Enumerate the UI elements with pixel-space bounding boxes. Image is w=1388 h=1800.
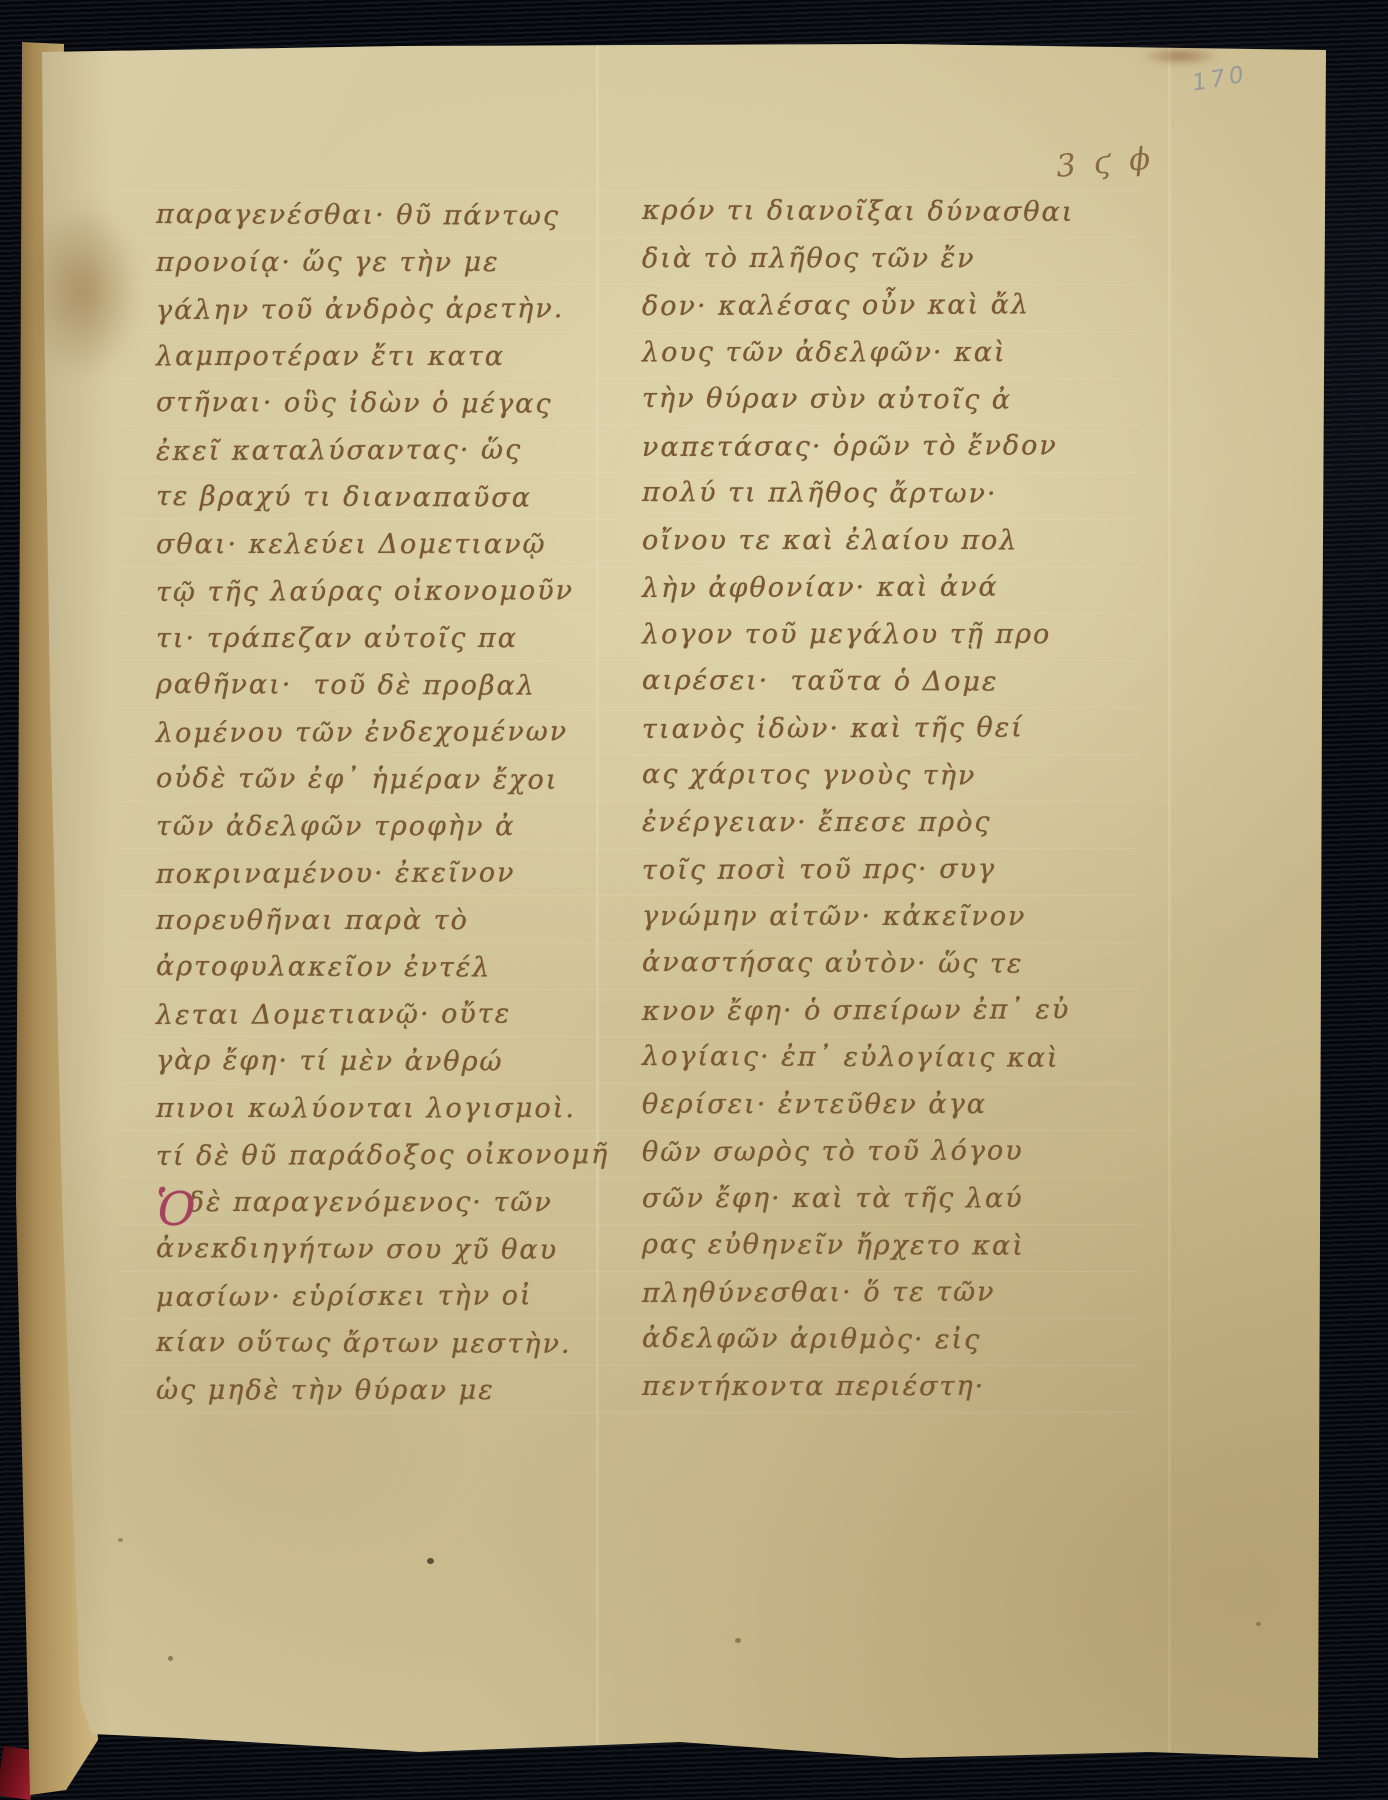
text-line: οὐδὲ τῶν ἐφ᾽ ἡμέραν ἔχοι xyxy=(156,755,626,804)
text-line: μασίων· εὑρίσκει τὴν οἰ xyxy=(156,1272,626,1321)
text-line: τί δὲ θῦ παράδοξος οἰκονομῆ xyxy=(156,1131,626,1180)
text-line: τῶν ἀδελφῶν τροφὴν ἀ xyxy=(156,803,626,850)
text-line: παραγενέσθαι· θῦ πάντως xyxy=(156,191,626,240)
text-line: ἀρτοφυλακεῖον ἐντέλ xyxy=(156,943,626,992)
text-line: ρας εὐθηνεῖν ἤρχετο καὶ xyxy=(642,1221,1122,1270)
text-line: προνοίᾳ· ὥς γε τὴν με xyxy=(156,239,626,286)
rubric-initial: Ὁ xyxy=(156,1186,196,1232)
text-line: τοῖς ποσὶ τοῦ πρς· συγ xyxy=(642,845,1122,894)
text-line: πορευθῆναι παρὰ τὸ xyxy=(156,897,626,944)
text-line: τε βραχύ τι διαναπαῦσα xyxy=(156,473,626,522)
text-line: λεται Δομετιανῷ· οὔτε xyxy=(156,990,626,1039)
text-line: λομένου τῶν ἐνδεχομένων xyxy=(156,708,626,757)
text-line: σῶν ἔφη· καὶ τὰ τῆς λαύ xyxy=(642,1175,1122,1222)
text-line: τῷ τῆς λαύρας οἰκονομοῦν xyxy=(156,567,626,616)
text-line: οἴνου τε καὶ ἐλαίου πολ xyxy=(642,517,1122,564)
text-line: λους τῶν ἀδελφῶν· καὶ xyxy=(642,329,1122,376)
text-line: κρόν τι διανοῖξαι δύνασθαι xyxy=(642,187,1122,236)
text-line: ποκριναμένου· ἐκεῖνον xyxy=(156,849,626,898)
top-edge-stain xyxy=(1140,46,1220,66)
text-line: κίαν οὕτως ἄρτων μεστὴν. xyxy=(156,1319,626,1368)
text-line: πληθύνεσθαι· ὅ τε τῶν xyxy=(642,1268,1122,1317)
text-line: ναπετάσας· ὁρῶν τὸ ἔνδον xyxy=(642,422,1122,471)
ink-speck xyxy=(735,1638,741,1643)
text-line: πεντήκοντα περιέστη· xyxy=(642,1363,1122,1410)
text-line: γνώμην αἰτῶν· κἀκεῖνον xyxy=(642,893,1122,940)
text-line: λογίαις· ἐπ᾽ εὐλογίαις καὶ xyxy=(642,1033,1122,1082)
text-line: δὲ παραγενόμενος· τῶν xyxy=(156,1179,626,1226)
text-line: ραθῆναι· τοῦ δὲ προβαλ xyxy=(156,661,626,710)
text-line: ὡς μηδὲ τὴν θύραν με xyxy=(156,1367,626,1414)
text-line: λαμπροτέραν ἔτι κατα xyxy=(156,333,626,380)
text-line: σθαι· κελεύει Δομετιανῷ xyxy=(156,521,626,568)
text-line: ἐκεῖ καταλύσαντας· ὥς xyxy=(156,426,626,475)
text-line: ἀνεκδιηγήτων σου χῦ θαυ xyxy=(156,1225,626,1274)
ink-speck xyxy=(1256,1622,1261,1626)
text-line: στῆναι· οὓς ἰδὼν ὁ μέγας xyxy=(156,379,626,428)
text-line: θῶν σωρὸς τὸ τοῦ λόγου xyxy=(642,1127,1122,1176)
text-line: γάλην τοῦ ἀνδρὸς ἀρετὴν. xyxy=(156,285,626,334)
text-line: κνον ἔφη· ὁ σπείρων ἐπ᾽ εὐ xyxy=(642,986,1122,1035)
ink-speck xyxy=(168,1656,173,1661)
text-line: ἐνέργειαν· ἔπεσε πρὸς xyxy=(642,799,1122,846)
text-line: λὴν ἀφθονίαν· καὶ ἀνά xyxy=(642,563,1122,612)
ink-speck xyxy=(427,1558,434,1564)
text-line: λογον τοῦ μεγάλου τῇ προ xyxy=(642,611,1122,658)
text-line: ἀδελφῶν ἀριθμὸς· εἰς xyxy=(642,1315,1122,1364)
text-line: ας χάριτος γνοὺς τὴν xyxy=(642,751,1122,800)
ink-speck xyxy=(118,1538,123,1542)
text-line: πολύ τι πλῆθος ἄρτων· xyxy=(642,469,1122,518)
text-line: θερίσει· ἐντεῦθεν ἀγα xyxy=(642,1081,1122,1128)
text-line: πινοι κωλύονται λογισμοὶ. xyxy=(156,1085,626,1132)
text-line: τι· τράπεζαν αὐτοῖς πα xyxy=(156,615,626,662)
text-line: ἀναστήσας αὐτὸν· ὥς τε xyxy=(642,939,1122,988)
text-line: διὰ τὸ πλῆθος τῶν ἔν xyxy=(642,235,1122,282)
text-line: δον· καλέσας οὖν καὶ ἄλ xyxy=(642,281,1122,330)
manuscript-photo: 170 3ϛϕ παραγενέσθαι· θῦ πάντωςπρονοίᾳ· … xyxy=(0,0,1388,1800)
text-line: τιανὸς ἰδὼν· καὶ τῆς θεί xyxy=(642,704,1122,753)
text-line: τὴν θύραν σὺν αὐτοῖς ἀ xyxy=(642,375,1122,424)
text-column-right: κρόν τι διανοῖξαι δύνασθαιδιὰ τὸ πλῆθος … xyxy=(642,188,1122,1410)
text-line: γὰρ ἔφη· τί μὲν ἀνθρώ xyxy=(156,1037,626,1086)
text-column-left: παραγενέσθαι· θῦ πάντωςπρονοίᾳ· ὥς γε τὴ… xyxy=(156,192,626,1414)
text-line: αιρέσει· ταῦτα ὁ Δομε xyxy=(642,657,1122,706)
